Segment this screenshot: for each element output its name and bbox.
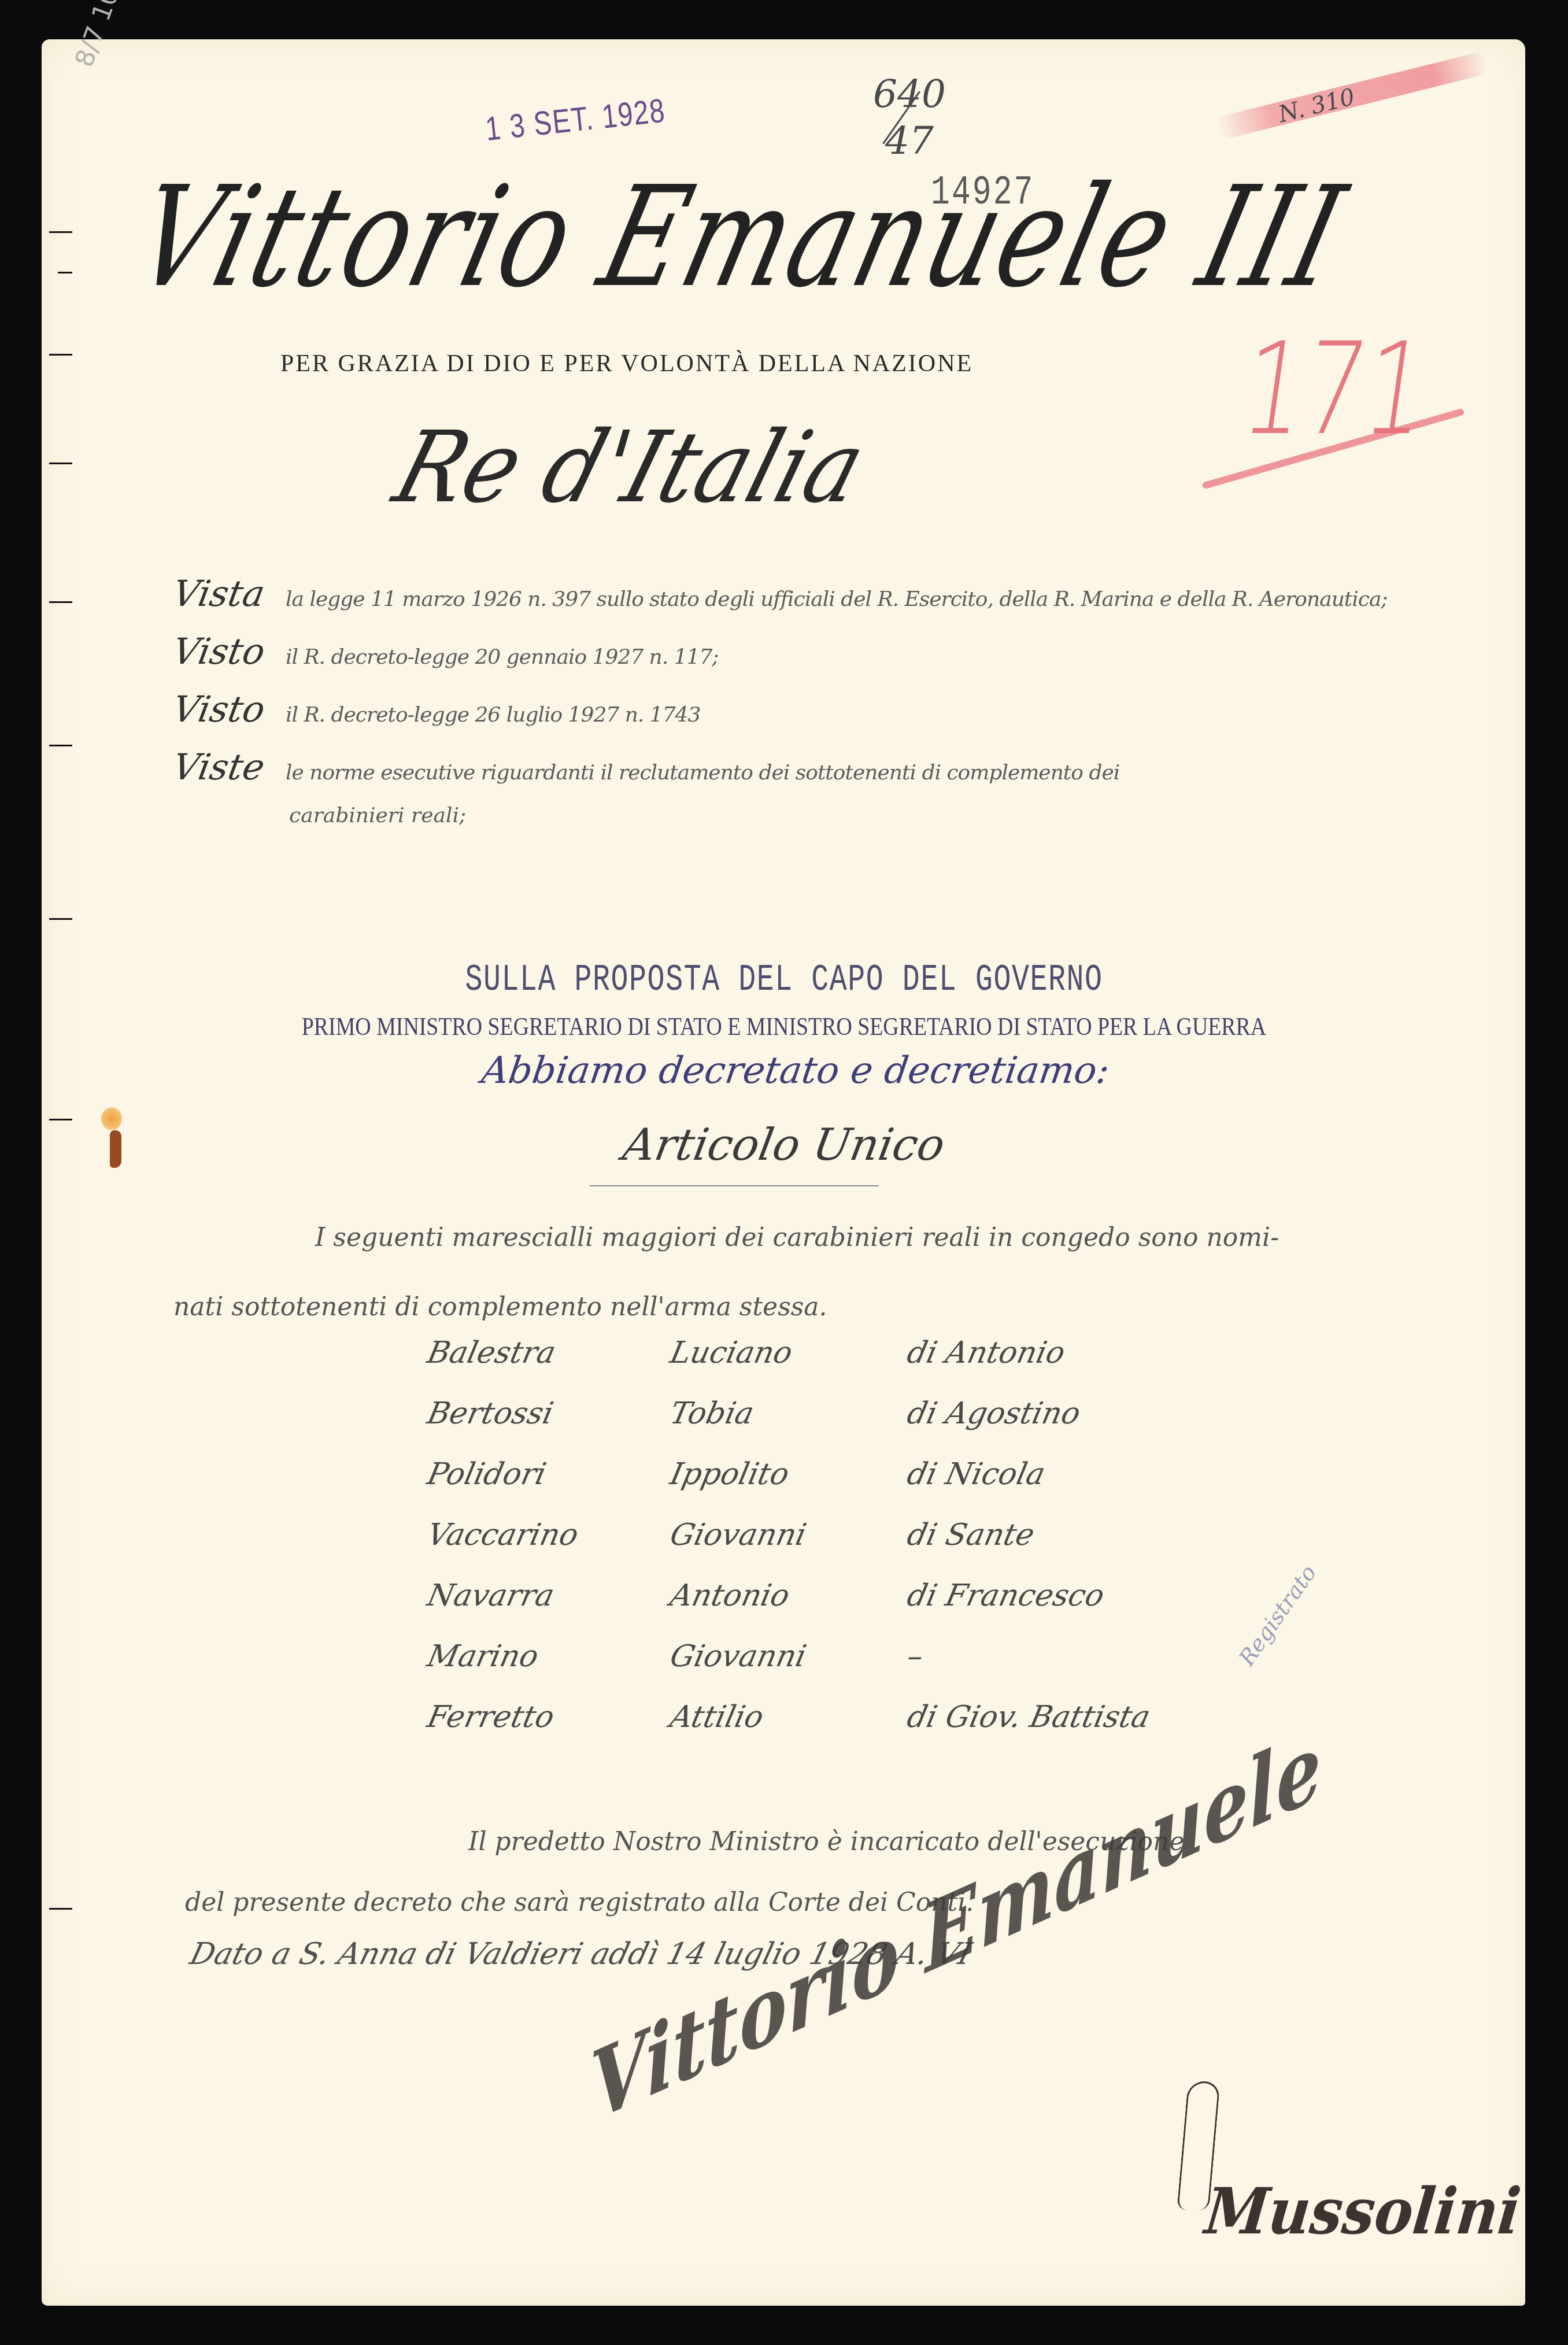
body-paragraph-line: nati sottotenenti di complemento nell'ar…: [173, 1292, 827, 1322]
rust-stain: [101, 1107, 122, 1130]
preamble: Vista la legge 11 marzo 1926 n. 397 sull…: [173, 572, 1474, 861]
surname: Polidori: [424, 1457, 549, 1492]
father-name: di Nicola: [904, 1457, 1048, 1492]
preamble-key: Visto: [170, 630, 287, 672]
binding-nick: [58, 272, 72, 273]
preamble-key: Visto: [170, 688, 287, 730]
binding-nick: [49, 354, 72, 356]
preamble-key: Vista: [170, 572, 287, 615]
rust-stain-drip: [110, 1130, 121, 1168]
binding-nick: [49, 601, 72, 603]
first-name: Giovanni: [667, 1518, 809, 1552]
father-name: di Agostino: [904, 1396, 1083, 1431]
first-name: Giovanni: [667, 1639, 809, 1674]
minister-stamp: PRIMO MINISTRO SEGRETARIO DI STATO E MIN…: [110, 1012, 1458, 1041]
preamble-text: le norme esecutive riguardanti il reclut…: [286, 761, 1119, 785]
article-title: Articolo Unico: [0, 1119, 1568, 1170]
binding-nick: [49, 745, 72, 746]
surname: Bertossi: [424, 1396, 557, 1431]
preamble-continuation-row: carabinieri reali;: [173, 804, 1474, 861]
preamble-row: Visto il R. decreto-legge 20 gennaio 192…: [173, 630, 1474, 688]
first-name: Tobia: [667, 1396, 757, 1431]
grace-line: PER GRAZIA DI DIO E PER VOLONTÀ DELLA NA…: [280, 350, 973, 378]
body-paragraph-line: I seguenti marescialli maggiori dei cara…: [315, 1223, 1279, 1252]
proposal-stamp: SULLA PROPOSTA DEL CAPO DEL GOVERNO: [172, 960, 1395, 1001]
preamble-row: Viste le norme esecutive riguardanti il …: [173, 746, 1474, 804]
binding-nick: [49, 1908, 72, 1910]
article-underline: [590, 1185, 879, 1186]
decreed-stamp: Abbiamo decretato e decretiamo:: [0, 1049, 1568, 1092]
king-name-heading: Vittorio Emanuele III: [121, 156, 1154, 318]
father-name: di Giov. Battista: [904, 1700, 1153, 1734]
binding-nick: [49, 918, 72, 920]
red-pencil-number: 171: [1234, 315, 1437, 463]
father-name: di Antonio: [904, 1336, 1068, 1370]
first-name: Luciano: [667, 1336, 796, 1370]
father-name: di Sante: [904, 1518, 1038, 1552]
preamble-row: Visto il R. decreto-legge 26 luglio 1927…: [173, 688, 1474, 746]
first-name: Antonio: [667, 1578, 793, 1613]
surname: Navarra: [424, 1578, 557, 1613]
surname: Marino: [424, 1639, 542, 1674]
preamble-text: la legge 11 marzo 1926 n. 397 sullo stat…: [286, 587, 1388, 611]
preamble-text: il R. decreto-legge 20 gennaio 1927 n. 1…: [286, 645, 719, 669]
preamble-key: Viste: [170, 746, 287, 788]
minister-signature: Mussolini: [1201, 2174, 1523, 2248]
surname: Balestra: [424, 1336, 559, 1370]
first-name: Ippolito: [667, 1457, 793, 1492]
father-name: di Francesco: [904, 1578, 1108, 1613]
binding-nick: [49, 231, 72, 233]
preamble-continuation: carabinieri reali;: [289, 804, 466, 827]
binding-nick: [49, 463, 72, 464]
archive-fraction: 640 47: [873, 75, 946, 160]
royal-title: Re d'Italia: [383, 410, 877, 525]
first-name: Attilio: [667, 1700, 767, 1734]
surname: Ferretto: [424, 1700, 557, 1734]
surname: Vaccarino: [424, 1518, 582, 1552]
preamble-row: Vista la legge 11 marzo 1926 n. 397 sull…: [173, 572, 1474, 630]
preamble-text: il R. decreto-legge 26 luglio 1927 n. 17…: [286, 703, 700, 727]
body-paragraph-line: del presente decreto che sarà registrato…: [185, 1888, 974, 1917]
